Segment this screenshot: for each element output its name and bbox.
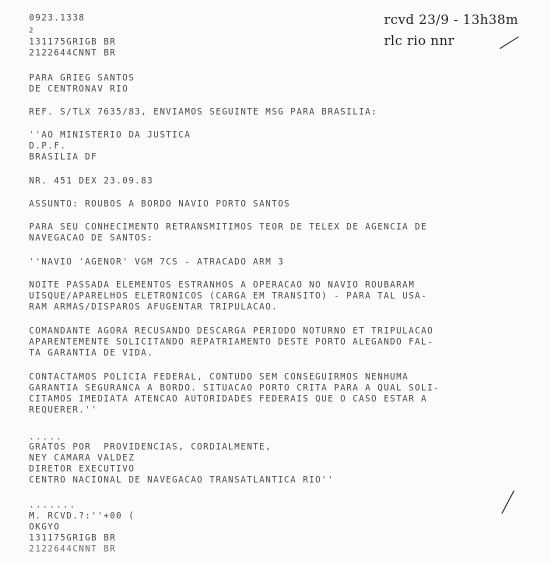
signatory-title: DIRETOR EXECUTIVO: [29, 464, 135, 475]
intro-line-1: PARA SEU CONHECIMENTO RETRANSMITIMOS TEO…: [29, 222, 427, 233]
para2-line-2: APARENTEMENTE SOLICITANDO REPATRIAMENTO …: [29, 337, 434, 348]
para3-line-4: REQUERER.'': [29, 405, 97, 416]
footer-answerback-2: 2122644CNNT BR: [29, 544, 116, 555]
check-mark-icon: [500, 36, 519, 49]
received-note: rcvd 23/9 - 13h38m: [384, 13, 518, 28]
message-id: 0923.1338: [29, 13, 85, 24]
para2-line-3: TA GARANTIA DE VIDA.: [29, 348, 153, 359]
subject-line: ASSUNTO: ROUBOS A BORDO NAVIO PORTO SANT…: [29, 199, 290, 210]
address-to: PARA GRIEG SANTOS: [29, 73, 135, 84]
answerback-sender: 131175GRIGB BR: [29, 37, 116, 48]
signatory-name: NEY CAMARA VALDEZ: [29, 453, 135, 464]
para3-line-2: GARANTIA SEGURANCA A BORDO. SITUACAO POR…: [29, 383, 440, 394]
recipient-line-3: BRASILIA DF: [29, 152, 97, 163]
ship-line: ''NAVIO 'AGENOR' VGM 7CS - ATRACADO ARM …: [29, 257, 284, 268]
initials-note: rlc rio nnr: [384, 34, 454, 49]
para1-line-1: NOITE PASSADA ELEMENTOS ESTRANHOS A OPER…: [29, 280, 415, 291]
recipient-line-2: D.P.F.: [29, 141, 66, 152]
number-line: NR. 451 DEX 23.09.83: [29, 176, 153, 187]
recipient-line-1: ''AO MINISTERIO DA JUSTICA: [29, 130, 191, 141]
para3-line-1: CONTACTAMOS POLICIA FEDERAL, CONTUDO SEM…: [29, 372, 409, 383]
small-mark: 2: [29, 25, 34, 36]
address-from: DE CENTRONAV RIO: [29, 84, 129, 95]
footer-answerback-1: 131175GRIGB BR: [29, 533, 116, 544]
para1-line-2: UISQUE/APARELHOS ELETRONICOS (CARGA EM T…: [29, 291, 427, 302]
pen-stroke-icon: [501, 490, 514, 514]
footer-received: M. RCVD.?:''+00 (: [29, 511, 135, 522]
reference-line: REF. S/TLX 7635/83, ENVIAMOS SEGUINTE MS…: [29, 107, 378, 118]
intro-line-2: NAVEGACAO DE SANTOS:: [29, 233, 153, 244]
footer-ok: OKGYO: [29, 522, 60, 533]
para1-line-3: RAM ARMAS/DISPAROS AFUGENTAR TRIPULACAO.: [29, 302, 278, 313]
footer-dots: .......: [29, 500, 76, 511]
signatory-org: CENTRO NACIONAL DE NAVEGACAO TRANSATLANT…: [29, 475, 334, 486]
para2-line-1: COMANDANTE AGORA RECUSANDO DESCARGA PERI…: [29, 326, 434, 337]
answerback-receiver: 2122644CNNT BR: [29, 48, 116, 59]
closing-thanks: GRATOS POR PROVIDENCIAS, CORDIALMENTE,: [29, 442, 272, 453]
para3-line-3: CITAMOS IMEDIATA ATENCAO AUTORIDADES FED…: [29, 394, 427, 405]
